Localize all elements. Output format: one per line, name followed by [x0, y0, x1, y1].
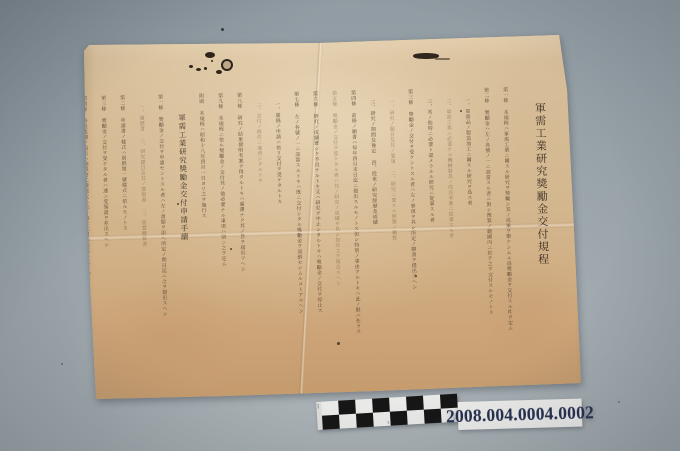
text-column: 第四條 研究成績ノ報告ハ別紙第二號樣式ニ依リ每年三月末日迄ニ之ヲ爲スヘシ [80, 96, 94, 368]
text-column: 一、履歷書 二、研究題目及其ノ要領書 三、經費概算書 [137, 94, 151, 366]
scale-bar-cell [355, 399, 373, 414]
text-column: 一、虛僞ノ申請ニ依リ交付ヲ受ケタルトキ [273, 92, 287, 364]
section-heading: 軍需工業研究獎勵金交付申請手續 [173, 94, 195, 366]
text-column: 附則 本規程ハ昭和十八年四月一日ヨリ之ヲ施行ス [197, 93, 211, 365]
catalog-number-label: 2008.004.0004.0002 [458, 399, 583, 430]
scale-bar-cell [322, 415, 340, 430]
document-text-columns: 軍需工業研究獎勵金交付規程 第一條 本規程ハ軍需工業ニ關スル研究ヲ獎勵シ其ノ成果… [113, 86, 555, 367]
dust-speck [618, 401, 620, 403]
text-column: 三、其ノ他特ニ必要ト認メラルル研究ニ從事スル者 [425, 88, 439, 360]
ink-stain [204, 67, 207, 70]
text-column: 一、軍需品ノ製造加工ニ關スル研究ヲ爲ス者 [463, 88, 477, 360]
scale-bar-cell [390, 411, 408, 426]
scale-bar-cell [321, 401, 339, 416]
scale-bar-cell [372, 398, 390, 413]
text-column: 第七條 研究ノ成果ニ係ル發明考案ノ實施ニ付テハ豫メ承認ヲ受クヘシ [23, 97, 37, 369]
text-column: 二、軍需工業ニ必要ナル機械器具ノ改良考案ニ從事スル者 [444, 88, 458, 360]
text-column: 第七條 左ノ各號ノ一ニ該當スルトキハ既ニ交付シタル獎勵金ヲ返納セシムルコトアルヘ… [292, 91, 306, 363]
scale-bar-cell [406, 396, 424, 411]
ink-stain [211, 60, 213, 62]
paper-shading [75, 30, 589, 60]
photo-backdrop: 軍需工業研究獎勵金交付規程 第一條 本規程ハ軍需工業ニ關スル研究ヲ獎勵シ其ノ成果… [0, 0, 680, 451]
text-column: 一、研究ノ題目及其ノ要領 二、研究ニ要スル經費ノ概算 [387, 89, 401, 361]
text-column: 第九條 本規程ニ依ル獎勵金ノ交付其ノ他必要ナル事項ハ別ニ之ヲ定ム [216, 93, 230, 365]
document-title: 軍需工業研究獎勵金交付規程 [529, 86, 555, 358]
scale-bar-cell [407, 410, 425, 425]
text-column: 第一條 本規程ハ軍需工業ニ關スル研究ヲ獎勵シ其ノ成果ヲ擧ケシムル爲獎勵金ヲ交付ス… [501, 87, 515, 359]
catalog-number-text: 2008.004.0004.0002 [446, 402, 595, 427]
document-paper: 軍需工業研究獎勵金交付規程 第一條 本規程ハ軍需工業ニ關スル研究ヲ獎勵シ其ノ成果… [75, 30, 589, 404]
scale-bar-cell [356, 413, 374, 428]
scale-unit-label: cm [316, 404, 320, 409]
text-column: 第五條 研究ニ關シ設備ノ變更其ノ他重要ナル事項ヲ生シタルトキハ其ノ都度屆出ツヘシ [61, 96, 75, 368]
text-column: 第二條 申請書ノ樣式ハ別紙第一號樣式ニ依ルモノトス [118, 95, 132, 367]
text-column: 一、發明考案ノ名稱及其ノ要旨 [4, 97, 18, 369]
text-column: 二、交付ノ條件ニ違背シタルトキ [254, 92, 268, 364]
scale-bar-cell [338, 400, 356, 415]
scale-bar-cell [339, 414, 357, 429]
ink-stain [205, 52, 215, 58]
ink-stain [221, 59, 233, 71]
scale-bar-cell [424, 409, 442, 424]
ink-stain [189, 65, 193, 68]
text-column: 第六條 獎勵金ハ研究ノ進捗ニ應シ之ヲ分割交付スルコトアルヘシ [42, 96, 56, 368]
text-column: 第一條 獎勵金ノ交付ヲ申請セントスル者ハ左ノ書類ヲ添ヘ所定ノ期日迄ニ之ヲ提出スヘ… [156, 94, 170, 366]
scale-bar-cell [389, 397, 407, 412]
text-column: 第五條 獎勵金ノ交付ヲ受ケタル者ハ其ノ研究ノ成績ヲ具シ每年之ヲ報告スヘシ [330, 90, 344, 362]
text-column: 第三條 獎勵金ノ交付ヲ受ケントスル者ハ左ノ事項ヲ具シ所定ノ願書ヲ提出スヘシ [406, 89, 420, 361]
text-column: 第三條 獎勵金ノ交付ヲ受ケタル者ハ速ニ受領證ヲ差出スヘシ [99, 95, 113, 367]
text-column: 三、研究ノ期間及豫定 四、從來ノ研究經歷及成績 [368, 90, 382, 362]
scale-bar-cell: 5 [373, 412, 391, 427]
text-column: 第八條 研究ノ結果發明考案ヲ得タルトキハ遲滯ナク其ノ旨ヲ屆出ツヘシ [235, 92, 249, 364]
ink-stain [216, 70, 222, 74]
text-column: 第四條 前條ノ願書ハ每年四月末日迄ニ提出スルモノトス但シ特別ノ事由アルトキハ此ノ… [349, 90, 363, 362]
text-column: 第二條 獎勵金ハ左ノ各號ノ一ニ該當スル者ニ對シ豫算ノ範圍內ニ於テ之ヲ交付スルモノ… [482, 87, 496, 359]
dust-speck [61, 363, 63, 365]
ink-stain [435, 58, 450, 60]
text-column: 第六條 研究ノ成績著シク不良ナルトキ又ハ研究ヲ中止シタルトキハ獎勵金ノ交付ヲ停止… [311, 91, 325, 363]
scale-bar-cell [423, 395, 441, 410]
ink-stain [196, 68, 201, 71]
